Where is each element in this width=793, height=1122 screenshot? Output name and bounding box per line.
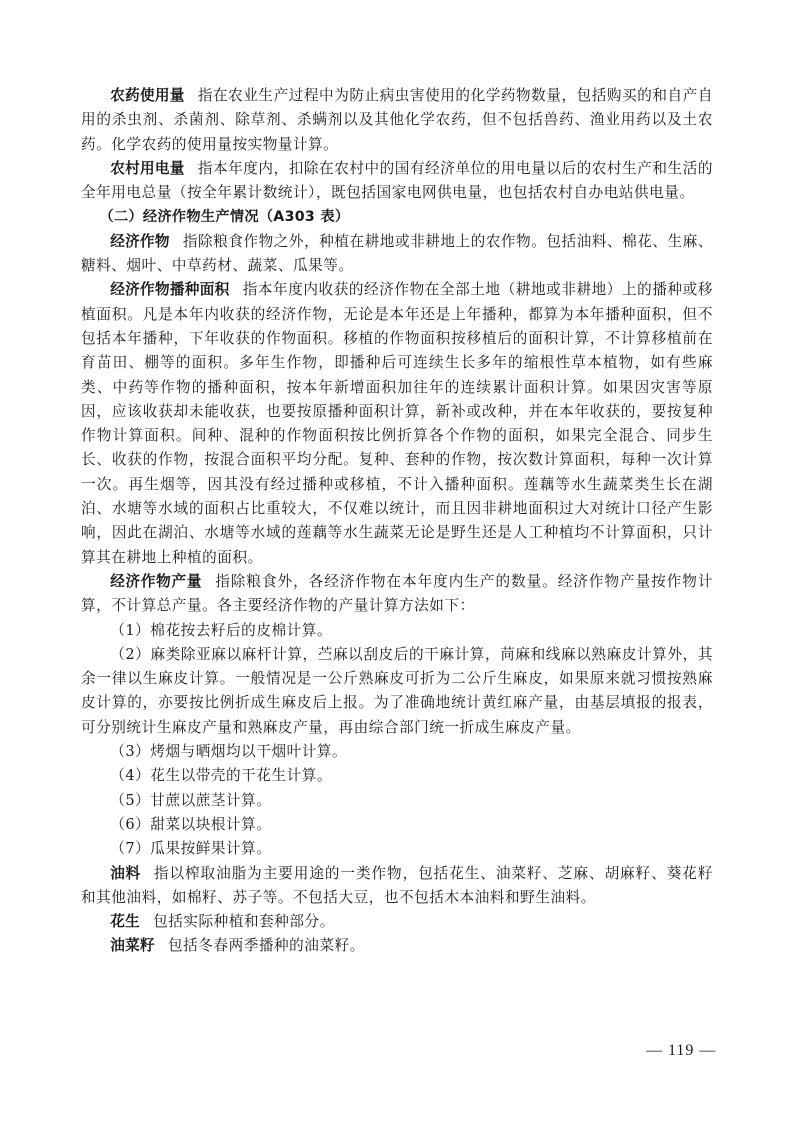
definition-cash-crop-output: 经济作物产量指除粮食外，各经济作物在本年度内生产的数量。经济作物产量按作物计算，… [81,570,713,619]
page-number: — 119 — [646,1042,716,1060]
list-item: （2）麻类除亚麻以麻杆计算，苎麻以刮皮后的干麻计算，苘麻和线麻以熟麻皮计算外，其… [81,643,713,740]
definition-text: 指以榨取油脂为主要用途的一类作物，包括花生、油菜籽、芝麻、胡麻籽、葵花籽和其他油… [81,865,713,906]
definition-peanut: 花生包括实际种植和套种部分。 [81,910,713,934]
list-item: （1）棉花按去籽后的皮棉计算。 [81,619,713,643]
definition-cash-crops: 经济作物指除粮食作物之外，种植在耕地或非耕地上的农作物。包括油料、棉花、生麻、糖… [81,230,713,279]
term-label: 农药使用量 [110,87,185,104]
definition-cash-crop-area: 经济作物播种面积指本年度内收获的经济作物在全部土地（耕地或非耕地）上的播种或移植… [81,278,713,570]
section-heading: （二）经济作物生产情况（A303 表） [81,205,713,229]
definition-oil-crops: 油料指以榨取油脂为主要用途的一类作物，包括花生、油菜籽、芝麻、胡麻籽、葵花籽和其… [81,862,713,911]
definition-text: 包括实际种植和套种部分。 [153,913,335,930]
term-label: 油菜籽 [110,937,155,954]
definition-text: 指除粮食作物之外，种植在耕地或非耕地上的农作物。包括油料、棉花、生麻、糖料、烟叶… [81,233,713,274]
definition-text: 指本年度内收获的经济作物在全部土地（耕地或非耕地）上的播种或移植面积。凡是本年内… [81,281,713,565]
term-label: 经济作物 [110,233,170,250]
term-label: 经济作物播种面积 [110,281,229,298]
term-label: 花生 [110,913,140,930]
list-item: （4）花生以带壳的干花生计算。 [81,764,713,788]
definition-rapeseed: 油菜籽包括冬春两季播种的油菜籽。 [81,934,713,958]
definition-text: 包括冬春两季播种的油菜籽。 [168,937,365,954]
term-label: 油料 [110,865,141,882]
document-page: 农药使用量指在农业生产过程中为防止病虫害使用的化学药物数量，包括购买的和自产自用… [81,84,713,959]
definition-pesticide-usage: 农药使用量指在农业生产过程中为防止病虫害使用的化学药物数量，包括购买的和自产自用… [81,84,713,157]
term-label: 经济作物产量 [110,573,202,590]
term-label: 农村用电量 [110,160,185,177]
list-item: （5）甘蔗以蔗茎计算。 [81,789,713,813]
list-item: （7）瓜果按鲜果计算。 [81,837,713,861]
list-item: （6）甜菜以块根计算。 [81,813,713,837]
list-item: （3）烤烟与晒烟均以干烟叶计算。 [81,740,713,764]
definition-rural-electricity: 农村用电量指本年度内，扣除在农村中的国有经济单位的用电量以后的农村生产和生活的全… [81,157,713,206]
